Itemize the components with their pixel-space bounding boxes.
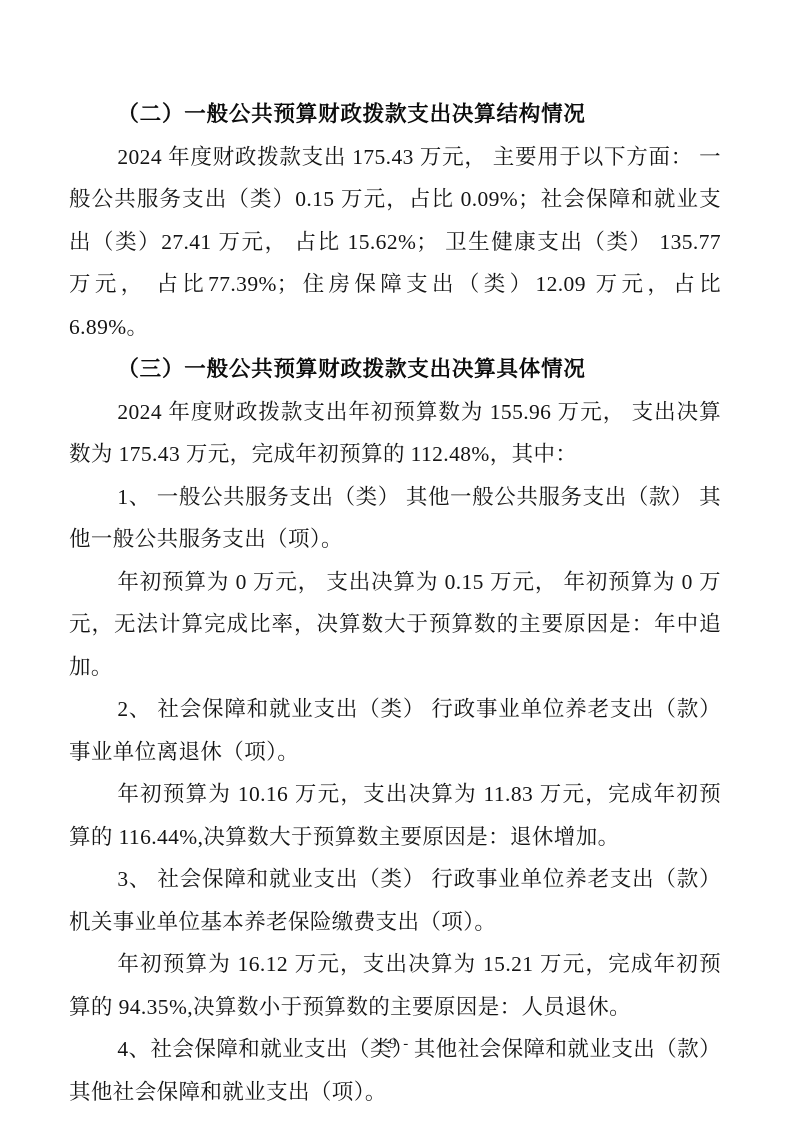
paragraph-item-2-detail: 年初预算为 10.16 万元，支出决算为 11.83 万元，完成年初预算的 11… — [69, 773, 721, 858]
section-heading-structure-overview: （二）一般公共预算财政拨款支出决算结构情况 — [69, 93, 721, 136]
paragraph-item-2-title: 2、 社会保障和就业支出（类） 行政事业单位养老支出（款） 事业单位离退休（项）… — [69, 688, 721, 773]
paragraph-expenditure-structure: 2024 年度财政拨款支出 175.43 万元， 主要用于以下方面： 一般公共服… — [69, 136, 721, 349]
paragraph-item-3-title: 3、 社会保障和就业支出（类） 行政事业单位养老支出（款） 机关事业单位基本养老… — [69, 858, 721, 943]
document-body: （二）一般公共预算财政拨款支出决算结构情况 2024 年度财政拨款支出 175.… — [69, 93, 721, 1113]
paragraph-item-1-detail: 年初预算为 0 万元， 支出决算为 0.15 万元， 年初预算为 0 万元，无法… — [69, 561, 721, 689]
paragraph-item-3-detail: 年初预算为 16.12 万元，支出决算为 15.21 万元，完成年初预算的 94… — [69, 943, 721, 1028]
document-page: （二）一般公共预算财政拨款支出决算结构情况 2024 年度财政拨款支出 175.… — [0, 0, 793, 1122]
section-heading-specific-details: （三）一般公共预算财政拨款支出决算具体情况 — [69, 348, 721, 391]
paragraph-budget-vs-final: 2024 年度财政拨款支出年初预算数为 155.96 万元， 支出决算数为 17… — [69, 391, 721, 476]
page-number: - 9 - — [0, 1036, 787, 1053]
paragraph-item-1-title: 1、 一般公共服务支出（类） 其他一般公共服务支出（款） 其他一般公共服务支出（… — [69, 476, 721, 561]
